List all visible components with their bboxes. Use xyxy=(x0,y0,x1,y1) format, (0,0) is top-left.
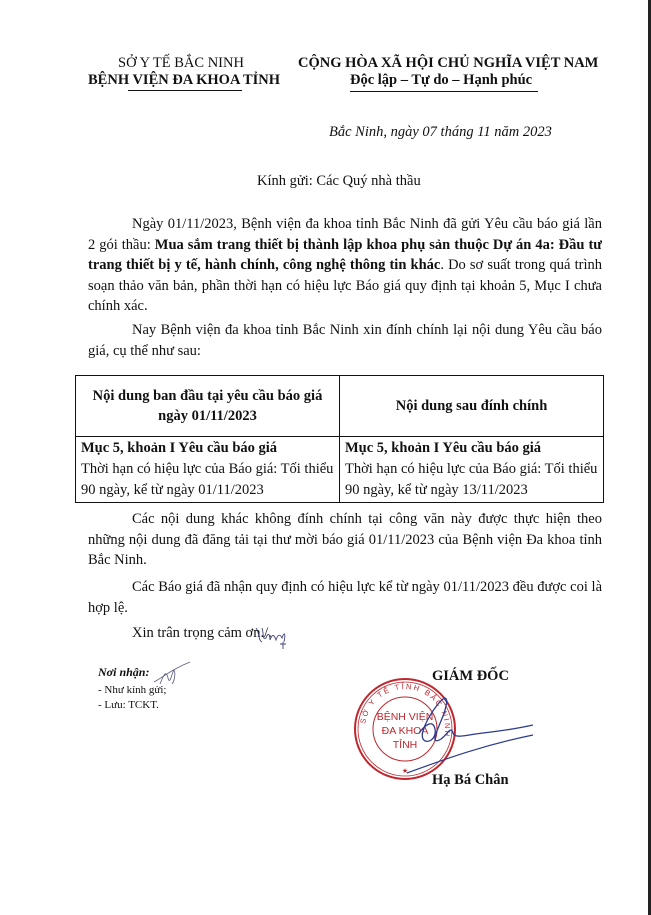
director-signature-icon xyxy=(405,695,535,775)
corrected-title: Mục 5, khoản I Yêu cầu báo giá xyxy=(345,438,598,459)
original-text: Thời hạn có hiệu lực của Báo giá: Tối th… xyxy=(81,461,333,498)
header-corrected: Nội dung sau đính chính xyxy=(340,376,604,437)
thanks-text: Xin trân trọng cảm ơn./. xyxy=(132,625,272,641)
recipients-title: Nơi nhận: xyxy=(98,665,149,680)
header-underline-right xyxy=(350,91,538,92)
correction-text: Nay Bệnh viện đa khoa tỉnh Bắc Ninh xin … xyxy=(88,322,602,359)
date-line: Bắc Ninh, ngày 07 tháng 11 năm 2023 xyxy=(329,124,552,141)
original-title: Mục 5, khoản I Yêu cầu báo giá xyxy=(81,438,334,459)
validity-text: Các Báo giá đã nhận quy định có hiệu lực… xyxy=(88,579,602,616)
salutation: Kính gửi: Các Quý nhà thầu xyxy=(257,173,421,190)
correction-table: Nội dung ban đầu tại yêu cầu báo giá ngà… xyxy=(75,375,604,503)
cell-corrected: Mục 5, khoản I Yêu cầu báo giá Thời hạn … xyxy=(340,437,604,503)
paragraph-other-content: Các nội dung khác không đính chính tại c… xyxy=(88,509,602,571)
paragraph-correction: Nay Bệnh viện đa khoa tỉnh Bắc Ninh xin … xyxy=(88,320,602,361)
small-signature-icon xyxy=(152,660,192,690)
header-underline-left xyxy=(128,90,242,91)
recipient-item: - Lưu: TCKT. xyxy=(98,699,159,711)
other-content-text: Các nội dung khác không đính chính tại c… xyxy=(88,511,602,568)
table-row: Mục 5, khoản I Yêu cầu báo giá Thời hạn … xyxy=(76,437,604,503)
corrected-text: Thời hạn có hiệu lực của Báo giá: Tối th… xyxy=(345,461,597,498)
table-header-row: Nội dung ban đầu tại yêu cầu báo giá ngà… xyxy=(76,376,604,437)
paragraph-intro: Ngày 01/11/2023, Bệnh viện đa khoa tỉnh … xyxy=(88,214,602,317)
paragraph-thanks: Xin trân trọng cảm ơn./. xyxy=(88,623,602,644)
header-original: Nội dung ban đầu tại yêu cầu báo giá ngà… xyxy=(76,376,340,437)
org-name: BỆNH VIỆN ĐA KHOA TỈNH xyxy=(88,72,280,89)
paragraph-validity: Các Báo giá đã nhận quy định có hiệu lực… xyxy=(88,577,602,618)
initial-signature-icon xyxy=(254,624,290,650)
cell-original: Mục 5, khoản I Yêu cầu báo giá Thời hạn … xyxy=(76,437,340,503)
national-title: CỘNG HÒA XÃ HỘI CHỦ NGHĨA VIỆT NAM xyxy=(298,55,598,72)
signatory-name: Hạ Bá Chân xyxy=(432,772,509,789)
org-parent: SỞ Y TẾ BẮC NINH xyxy=(118,55,244,72)
national-motto: Độc lập – Tự do – Hạnh phúc xyxy=(350,72,532,89)
